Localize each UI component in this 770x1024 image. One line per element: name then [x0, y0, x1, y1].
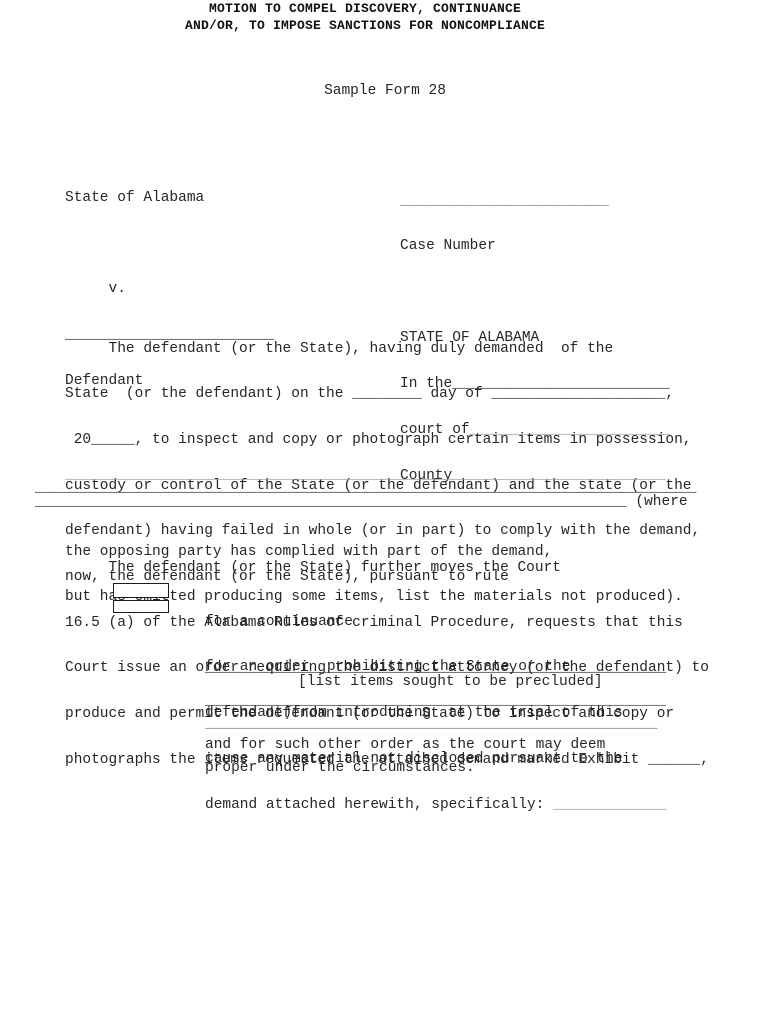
- precluded-items-line-3: ________________________________________…: [205, 717, 657, 732]
- blank-response-line-3: ________________________________________…: [35, 495, 688, 510]
- motion-body-line-1: The defendant (or the State), having dul…: [65, 342, 709, 357]
- caption-spacer: [400, 285, 670, 300]
- where-clause-line-1: the opposing party has complied with par…: [65, 545, 683, 560]
- closing-line-1: and for such other order as the court ma…: [205, 738, 605, 753]
- motion-title-line-1: MOTION TO COMPEL DISCOVERY, CONTINUANCE: [0, 0, 730, 17]
- precluded-items-line-2: ________________________________________…: [205, 694, 666, 709]
- where-note-suffix: (where: [627, 494, 688, 510]
- precluded-items-note: [list items sought to be precluded]: [298, 675, 603, 690]
- motion-title: MOTION TO COMPEL DISCOVERY, CONTINUANCE …: [0, 0, 730, 34]
- motion-body-line-2: State (or the defendant) on the ________…: [65, 387, 709, 402]
- blank-line-underscores: ________________________________________…: [35, 494, 627, 510]
- caption-spacer: [65, 236, 274, 251]
- versus-label: v.: [65, 282, 274, 297]
- motion-options: for a continuance for an order prohibiti…: [205, 584, 666, 844]
- motion-title-line-2: AND/OR, TO IMPOSE SANCTIONS FOR NONCOMPL…: [0, 17, 730, 34]
- plaintiff-name: State of Alabama: [65, 191, 274, 206]
- specifically-blank-field: _____________: [553, 797, 666, 813]
- case-number-label: Case Number: [400, 239, 670, 254]
- specifically-text: demand attached herewith, specifically:: [205, 797, 553, 813]
- motion-body-line-3: 20_____, to inspect and copy or photogra…: [65, 433, 709, 448]
- closing-line-2: proper under the circumstances.: [205, 761, 475, 776]
- further-moves-line: The defendant (or the State) further mov…: [65, 561, 561, 576]
- preclusion-order-checkbox[interactable]: [113, 600, 169, 613]
- document-page: Sample Form 28 MOTION TO COMPEL DISCOVER…: [0, 0, 770, 1024]
- continuance-checkbox[interactable]: [113, 583, 169, 598]
- option-continuance-label: for a continuance: [205, 615, 666, 630]
- option-preclusion-line-4: demand attached herewith, specifically: …: [205, 798, 666, 813]
- case-number-line: ________________________: [400, 194, 670, 209]
- form-label: Sample Form 28: [0, 84, 770, 99]
